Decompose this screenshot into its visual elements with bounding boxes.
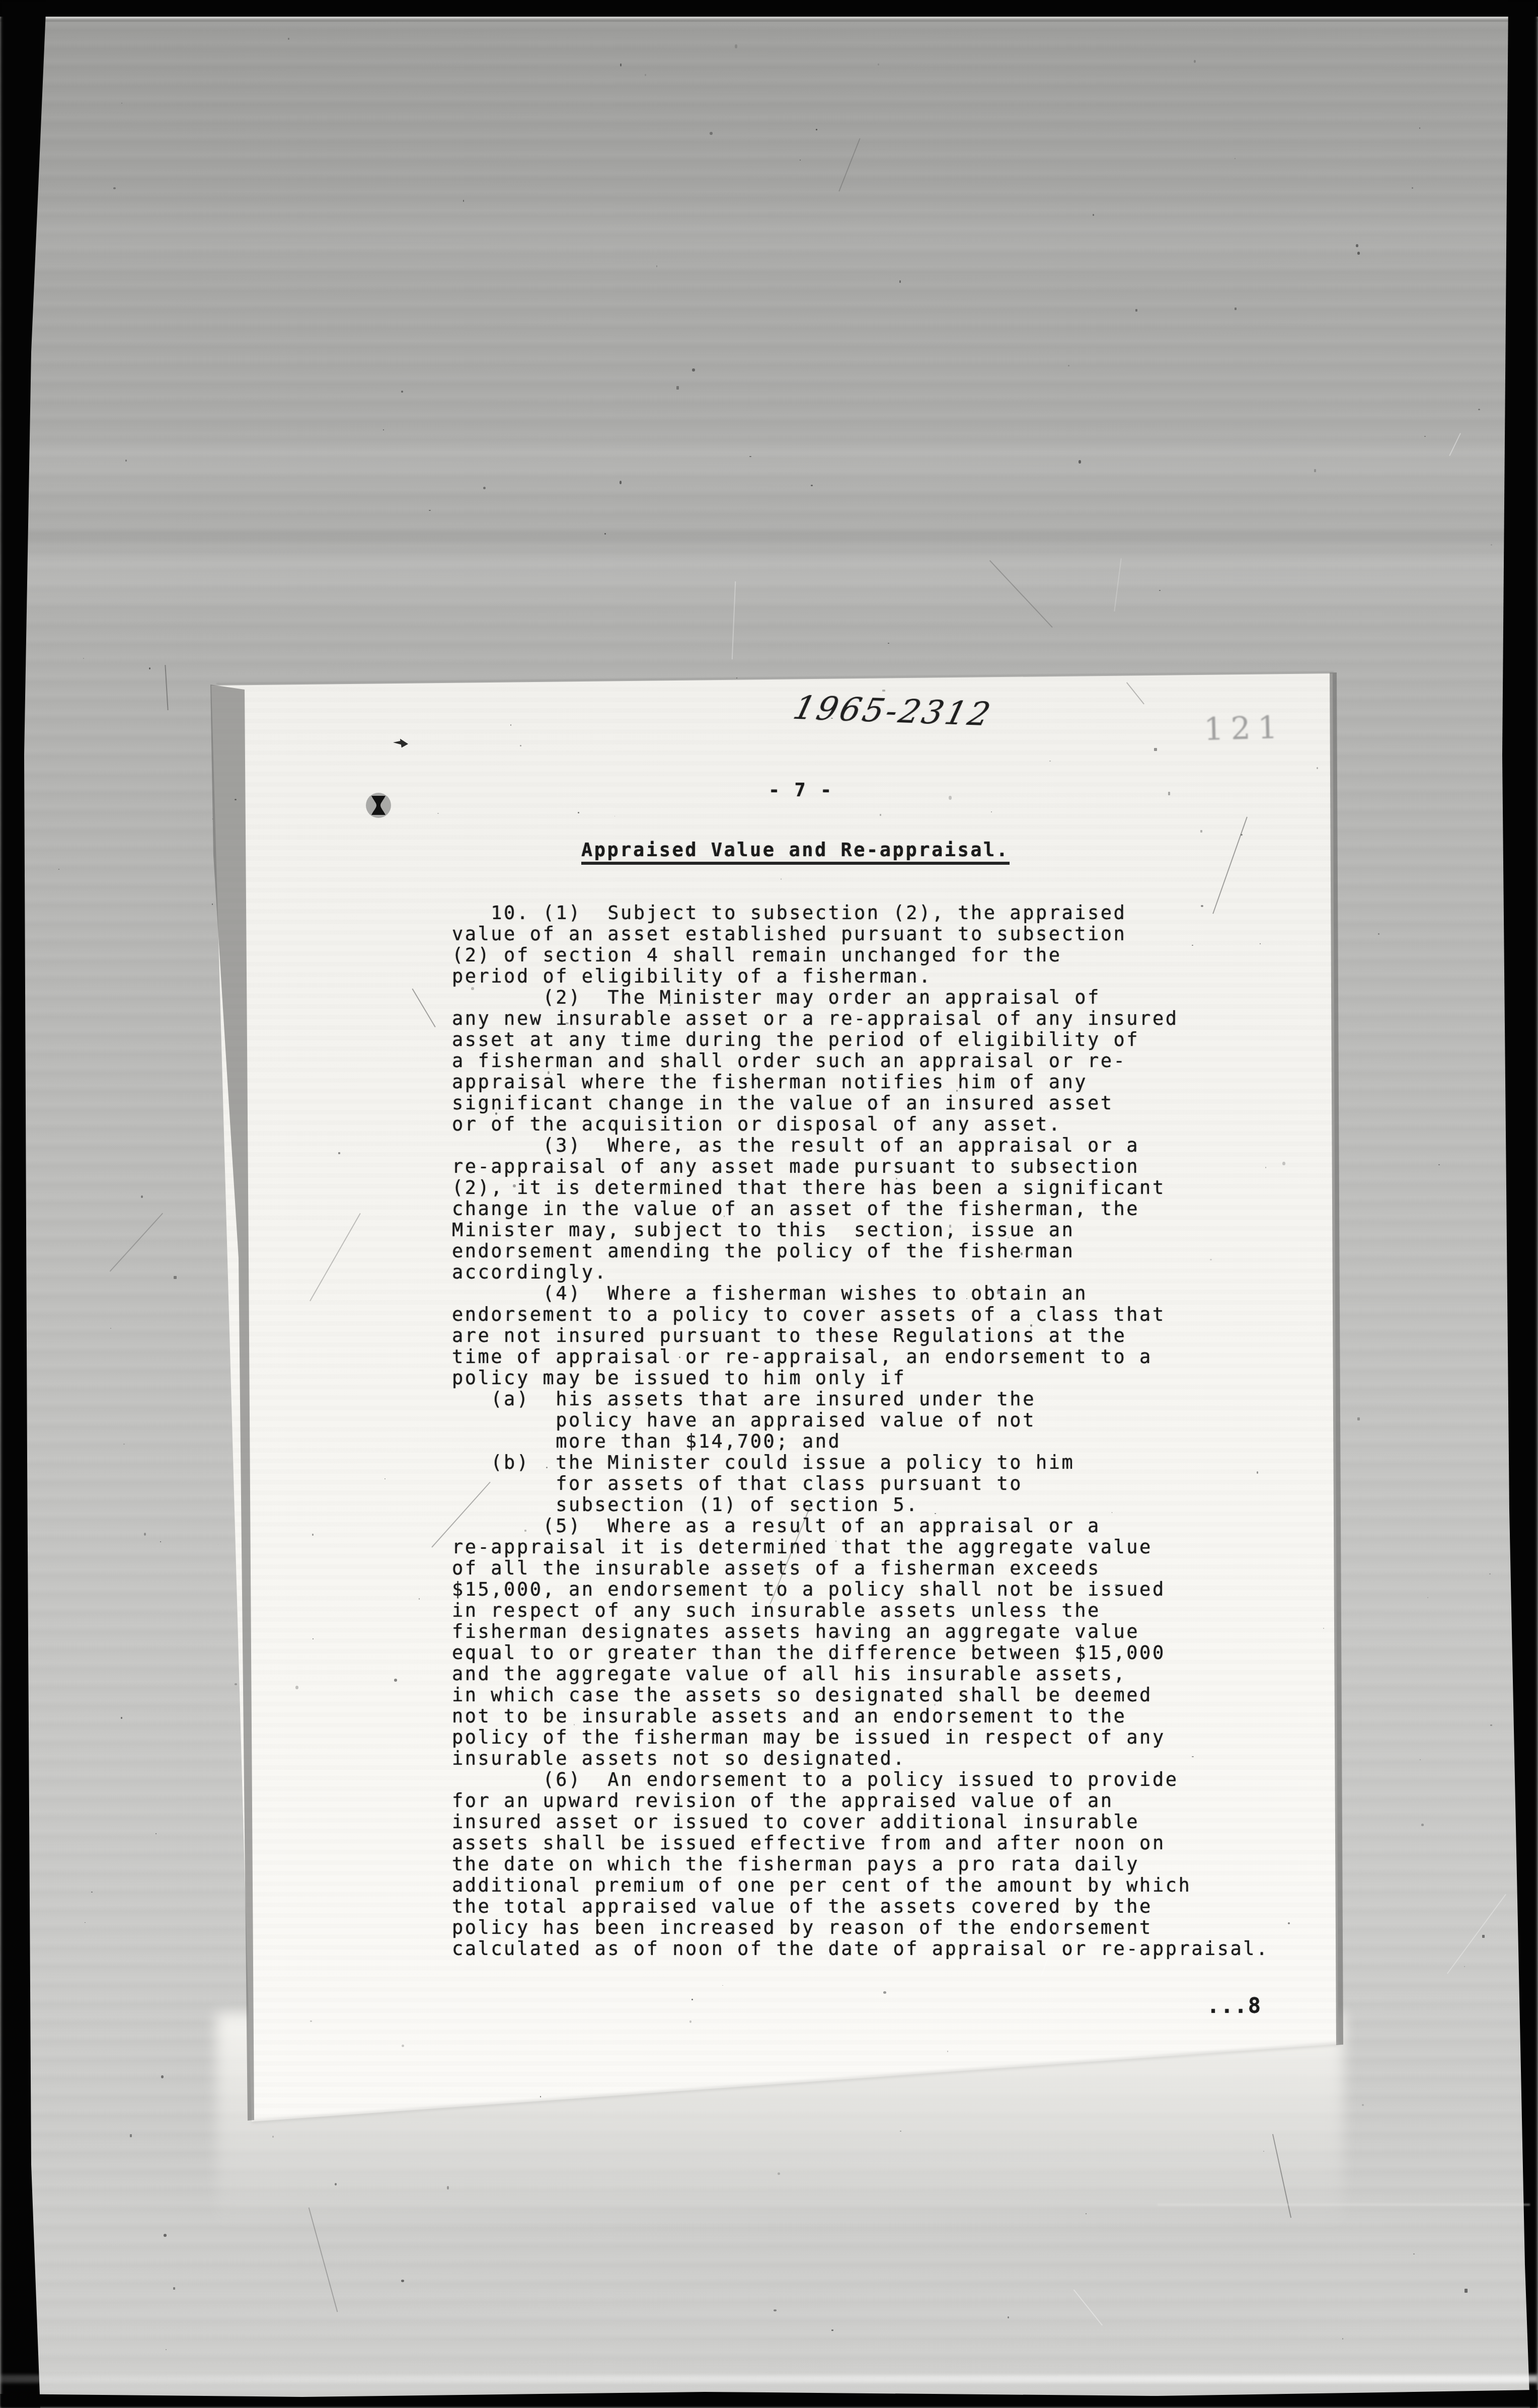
dust-speck	[1035, 1356, 1038, 1360]
dust-speck	[384, 1478, 386, 1479]
dust-speck	[750, 1570, 752, 1571]
dust-speck	[121, 103, 122, 104]
dust-speck	[722, 1985, 723, 1986]
dust-speck	[676, 386, 679, 390]
dust-speck	[110, 1328, 111, 1329]
dust-speck	[483, 487, 486, 489]
dust-speck	[401, 2280, 404, 2282]
dust-speck	[882, 690, 885, 692]
dust-speck	[235, 799, 237, 800]
dust-speck	[295, 1686, 298, 1689]
dust-speck	[816, 129, 817, 130]
dust-speck	[1201, 905, 1203, 907]
dust-speck	[1001, 1458, 1002, 1459]
dust-speck	[1021, 1252, 1023, 1255]
dust-speck	[402, 2045, 404, 2047]
microfilm-scan: 1965-2312 121 - 7 - Appraised Value and …	[0, 0, 1538, 2408]
dust-speck	[166, 2349, 167, 2350]
dust-speck	[520, 745, 521, 746]
dust-speck	[949, 1225, 951, 1228]
film-edge-bottom-highlight	[0, 2375, 1538, 2383]
dust-speck	[1265, 1167, 1266, 1168]
dust-speck	[607, 1403, 610, 1405]
film-scratch	[838, 138, 860, 191]
dust-speck	[1490, 1724, 1492, 1726]
dust-speck	[620, 63, 622, 66]
dust-speck	[1282, 1162, 1285, 1165]
dust-speck	[1235, 308, 1237, 311]
film-scratch	[770, 1501, 812, 1604]
film-scratch	[1114, 558, 1122, 612]
dust-speck	[691, 1999, 693, 2000]
dust-speck	[123, 1444, 125, 1445]
dust-speck	[394, 1679, 397, 1682]
dust-speck	[540, 2096, 541, 2097]
film-edge-top-line	[0, 20, 1538, 22]
dust-speck	[686, 1161, 688, 1163]
dust-speck	[774, 2309, 777, 2311]
dust-speck	[781, 878, 782, 880]
dust-speck	[1323, 1628, 1324, 1629]
dust-speck	[479, 1754, 480, 1756]
film-scratch	[310, 1213, 360, 1301]
dust-speck	[1378, 933, 1379, 935]
dust-speck	[447, 2186, 449, 2190]
dust-speck	[811, 485, 813, 486]
dust-specks-layer	[0, 0, 1538, 2408]
dust-speck	[997, 1290, 1000, 1294]
dust-speck	[1288, 1922, 1290, 1924]
dust-speck	[160, 1541, 161, 1542]
dust-speck	[463, 200, 465, 201]
dust-speck	[831, 2329, 833, 2331]
dust-speck	[546, 1467, 548, 1468]
dust-speck	[419, 1598, 420, 1599]
dust-speck	[1079, 460, 1081, 464]
dust-speck	[125, 460, 127, 462]
dust-speck	[1168, 792, 1171, 795]
dust-speck	[141, 1195, 143, 1198]
film-scratch	[308, 2207, 337, 2312]
dust-speck	[1419, 127, 1420, 129]
dust-speck	[1421, 1824, 1424, 1826]
dust-speck	[924, 1332, 926, 1334]
dust-speck	[1314, 469, 1316, 472]
dust-speck	[235, 1683, 237, 1685]
dust-speck	[636, 1407, 638, 1408]
dust-speck	[604, 533, 606, 535]
dust-speck	[880, 814, 881, 816]
dust-speck	[383, 429, 384, 430]
dust-speck	[935, 1513, 936, 1514]
dust-speck	[831, 718, 832, 719]
dust-speck	[338, 1152, 340, 1154]
dust-speck	[1263, 2151, 1264, 2152]
dust-speck	[310, 2020, 312, 2022]
dust-speck	[900, 2131, 901, 2132]
dust-speck	[121, 1717, 122, 1718]
dust-speck	[313, 1638, 314, 1640]
dust-speck	[949, 796, 952, 800]
film-scratch	[431, 1481, 490, 1547]
dust-speck	[1260, 943, 1261, 944]
dust-speck	[966, 1298, 967, 1299]
dust-speck	[524, 1530, 526, 1532]
film-scratch	[165, 665, 169, 710]
dust-speck	[1086, 2213, 1087, 2214]
dust-speck	[174, 1276, 176, 1279]
dust-speck	[620, 481, 622, 484]
dust-speck	[212, 904, 213, 905]
dust-speck	[1420, 1759, 1421, 1760]
film-scratch	[732, 581, 736, 659]
dust-speck	[710, 132, 713, 135]
dust-speck	[1362, 2104, 1364, 2106]
dust-speck	[1342, 2338, 1344, 2340]
dust-speck	[669, 1004, 671, 1006]
dust-speck	[91, 1892, 93, 1893]
dust-speck	[1257, 1471, 1259, 1474]
dust-speck	[837, 1634, 840, 1636]
dust-speck	[1135, 309, 1137, 311]
film-edge-top-highlight	[0, 17, 1538, 19]
dust-speck	[401, 391, 403, 393]
dust-speck	[1030, 1324, 1032, 1326]
dust-speck	[130, 2134, 132, 2137]
dust-speck	[1154, 748, 1157, 751]
dust-speck	[578, 812, 579, 813]
dust-speck	[574, 1724, 575, 1725]
dust-speck	[113, 187, 116, 189]
dust-speck	[471, 987, 474, 990]
film-scratch	[1041, 1884, 1074, 1976]
film-scratch	[412, 989, 435, 1027]
film-scratch	[1212, 816, 1247, 914]
dust-speck	[429, 510, 430, 511]
dust-speck	[1159, 590, 1160, 591]
dust-speck	[212, 818, 213, 819]
dust-speck	[656, 265, 658, 267]
dust-speck	[164, 2234, 167, 2237]
dust-speck	[956, 1090, 958, 1092]
dust-speck	[548, 1071, 550, 1074]
dust-speck	[1115, 1584, 1117, 1587]
dust-speck	[495, 1112, 497, 1115]
dust-speck	[891, 1310, 892, 1311]
dust-speck	[883, 1991, 886, 1994]
dust-speck	[896, 1178, 897, 1179]
dust-speck	[1093, 214, 1094, 216]
dust-speck	[878, 63, 880, 65]
dust-speck	[566, 1022, 568, 1024]
dust-speck	[692, 368, 695, 371]
dust-speck	[735, 44, 737, 48]
dust-speck	[888, 643, 889, 644]
film-scratch-line	[1158, 2204, 1530, 2206]
film-scratch	[1447, 1894, 1506, 1974]
dust-speck	[899, 280, 901, 283]
dust-speck	[510, 724, 512, 725]
film-scratch	[1449, 433, 1460, 456]
dust-speck	[1413, 2253, 1414, 2254]
dust-speck	[877, 1104, 878, 1105]
dust-speck	[1356, 244, 1358, 247]
dust-speck	[800, 160, 801, 161]
dust-speck	[513, 1184, 516, 1187]
dust-speck	[335, 2183, 337, 2185]
dust-speck	[1069, 1351, 1071, 1354]
dust-speck	[1464, 1966, 1465, 1967]
dust-speck	[83, 658, 84, 659]
dust-speck	[1008, 2316, 1009, 2318]
dust-speck	[149, 667, 150, 669]
film-scratch	[1126, 682, 1144, 704]
film-scratch	[110, 1213, 163, 1271]
dust-speck	[934, 1704, 936, 1706]
dust-speck	[1357, 252, 1360, 255]
dust-speck	[1235, 158, 1236, 159]
dust-speck	[724, 1216, 725, 1217]
dust-speck	[1438, 1164, 1440, 1165]
dust-speck	[1427, 1597, 1428, 1598]
dust-speck	[156, 1833, 157, 1834]
dust-speck	[949, 1405, 950, 1406]
dust-speck	[1482, 1935, 1485, 1938]
dust-speck	[1491, 544, 1492, 546]
dust-speck	[1200, 830, 1202, 833]
dust-speck	[689, 2020, 691, 2023]
dust-speck	[144, 1533, 146, 1535]
dust-speck	[85, 1922, 86, 1923]
dust-speck	[736, 678, 738, 679]
dust-speck	[1465, 2289, 1468, 2293]
film-scratch	[989, 560, 1053, 628]
dust-speck	[218, 1544, 219, 1545]
dust-speck	[1489, 1573, 1491, 1574]
dust-speck	[1049, 761, 1050, 762]
dust-speck	[1210, 1259, 1212, 1260]
dust-speck	[58, 869, 59, 870]
dust-speck	[1478, 409, 1480, 410]
dust-speck	[173, 2287, 175, 2290]
dust-speck	[312, 1534, 314, 1536]
dust-speck	[272, 2136, 274, 2138]
dust-speck	[947, 2051, 949, 2052]
film-scratch	[1073, 2289, 1102, 2325]
dust-speck	[991, 811, 992, 812]
dust-speck	[1194, 60, 1196, 63]
dust-speck	[1192, 1756, 1193, 1757]
dust-speck	[645, 74, 647, 76]
dust-speck	[1008, 1237, 1009, 1238]
dust-speck	[1424, 436, 1426, 437]
dust-speck	[749, 456, 751, 458]
dust-speck	[1357, 1417, 1360, 1420]
dust-speck	[1192, 945, 1193, 946]
dust-speck	[679, 1357, 680, 1358]
dust-speck	[288, 38, 289, 40]
dust-speck	[161, 2075, 164, 2078]
dust-speck	[437, 813, 439, 814]
film-edge-top	[0, 0, 1538, 17]
dust-speck	[1112, 1512, 1113, 1513]
dust-speck	[778, 2172, 781, 2175]
dust-speck	[1317, 767, 1318, 770]
dust-speck	[1068, 365, 1070, 366]
dust-speck	[1412, 187, 1413, 189]
dust-speck	[614, 816, 616, 816]
dust-speck	[835, 1540, 837, 1542]
